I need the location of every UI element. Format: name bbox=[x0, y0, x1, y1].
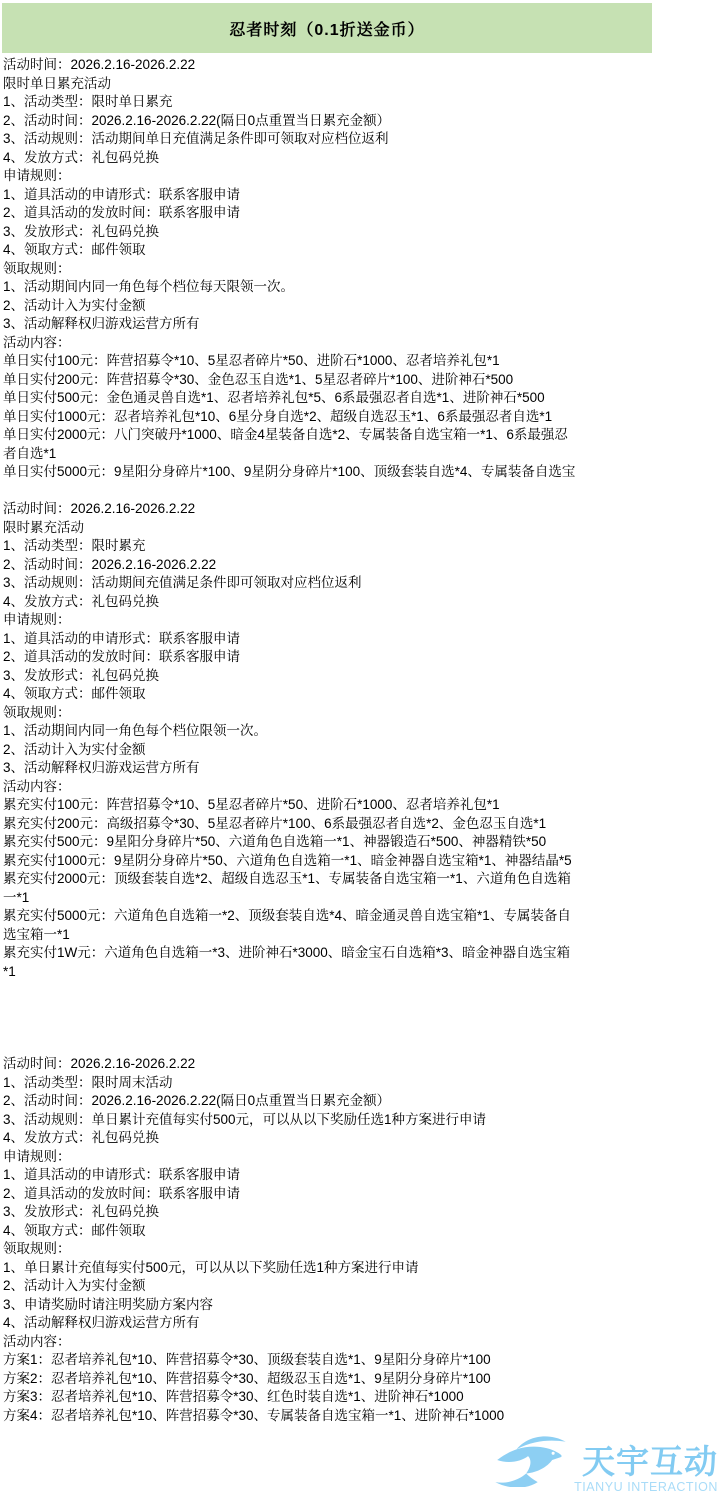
text-line: 申请规则： bbox=[3, 1148, 721, 1167]
text-line: 2、活动时间：2026.2.16-2026.2.22 bbox=[3, 556, 721, 575]
section-cumulative-recharge: 活动时间：2026.2.16-2026.2.22限时累充活动1、活动类型：限时累… bbox=[3, 500, 721, 981]
text-line: 3、活动解释权归游戏运营方所有 bbox=[3, 315, 721, 334]
text-line: 活动时间：2026.2.16-2026.2.22 bbox=[3, 56, 721, 75]
text-line: 单日实付500元：金色通灵兽自选*1、忍者培养礼包*5、6系最强忍者自选*1、进… bbox=[3, 389, 721, 408]
text-line: 单日实付100元：阵营招募令*10、5星忍者碎片*50、进阶石*1000、忍者培… bbox=[3, 352, 721, 371]
brand-text: 天宇互动 TIANYU INTERACTION bbox=[574, 1445, 718, 1494]
text-line: 1、道具活动的申请形式：联系客服申请 bbox=[3, 630, 721, 649]
text-line: 3、发放形式：礼包码兑换 bbox=[3, 1203, 721, 1222]
text-line: 单日实付2000元：八门突破丹*1000、暗金4星装备自选*2、专属装备自选宝箱… bbox=[3, 426, 721, 445]
text-line: 累充实付1000元：9星阴分身碎片*50、六道角色自选箱一*1、暗金神器自选宝箱… bbox=[3, 852, 721, 871]
text-line: 4、发放方式：礼包码兑换 bbox=[3, 149, 721, 168]
text-line: 3、活动规则：单日累计充值每实付500元，可以从以下奖励任选1种方案进行申请 bbox=[3, 1111, 721, 1130]
text-line: 活动内容： bbox=[3, 778, 721, 797]
text-line: 单日实付200元：阵营招募令*30、金色忍玉自选*1、5星忍者碎片*100、进阶… bbox=[3, 371, 721, 390]
text-line: 领取规则： bbox=[3, 260, 721, 279]
text-line: 3、活动规则：活动期间充值满足条件即可领取对应档位返利 bbox=[3, 574, 721, 593]
text-line: 3、申请奖励时请注明奖励方案内容 bbox=[3, 1296, 721, 1315]
text-line: 1、活动类型：限时周末活动 bbox=[3, 1074, 721, 1093]
text-line: 1、活动类型：限时累充 bbox=[3, 537, 721, 556]
text-line: 4、领取方式：邮件领取 bbox=[3, 1222, 721, 1241]
text-line: 方案1：忍者培养礼包*10、阵营招募令*30、顶级套装自选*1、9星阳分身碎片*… bbox=[3, 1351, 721, 1370]
text-line: 申请规则： bbox=[3, 611, 721, 630]
text-line: 活动内容： bbox=[3, 334, 721, 353]
text-line: 累充实付1W元：六道角色自选箱一*3、进阶神石*3000、暗金宝石自选箱*3、暗… bbox=[3, 944, 721, 963]
text-line: 1、道具活动的申请形式：联系客服申请 bbox=[3, 186, 721, 205]
text-line: 领取规则： bbox=[3, 1240, 721, 1259]
bird-logo-icon bbox=[492, 1433, 568, 1492]
text-line: 累充实付100元：阵营招募令*10、5星忍者碎片*50、进阶石*1000、忍者培… bbox=[3, 796, 721, 815]
text-line: 2、活动计入为实付金额 bbox=[3, 297, 721, 316]
text-line: 3、活动解释权归游戏运营方所有 bbox=[3, 759, 721, 778]
text-line: 3、发放形式：礼包码兑换 bbox=[3, 667, 721, 686]
text-line: 4、发放方式：礼包码兑换 bbox=[3, 593, 721, 612]
text-line: 累充实付500元：9星阳分身碎片*50、六道角色自选箱一*1、神器锻造石*500… bbox=[3, 833, 721, 852]
text-line: 3、发放形式：礼包码兑换 bbox=[3, 223, 721, 242]
text-line: 2、活动时间：2026.2.16-2026.2.22(隔日0点重置当日累充金额） bbox=[3, 112, 721, 131]
text-line: 者自选*1 bbox=[3, 445, 721, 464]
text-line: 4、领取方式：邮件领取 bbox=[3, 241, 721, 260]
text-line: 4、发放方式：礼包码兑换 bbox=[3, 1129, 721, 1148]
text-line: 累充实付5000元：六道角色自选箱一*2、顶级套装自选*4、暗金通灵兽自选宝箱*… bbox=[3, 907, 721, 926]
text-line: 限时累充活动 bbox=[3, 519, 721, 538]
text-line: 3、活动规则：活动期间单日充值满足条件即可领取对应档位返利 bbox=[3, 130, 721, 149]
text-line: 1、活动期间内同一角色每个档位限领一次。 bbox=[3, 722, 721, 741]
text-line: 方案3：忍者培养礼包*10、阵营招募令*30、红色时装自选*1、进阶神石*100… bbox=[3, 1388, 721, 1407]
text-line: 累充实付2000元：顶级套装自选*2、超级自选忍玉*1、专属装备自选宝箱一*1、… bbox=[3, 870, 721, 889]
text-line: 限时单日累充活动 bbox=[3, 75, 721, 94]
text-line: 申请规则： bbox=[3, 167, 721, 186]
text-line: 4、领取方式：邮件领取 bbox=[3, 685, 721, 704]
text-line: 1、单日累计充值每实付500元，可以从以下奖励任选1种方案进行申请 bbox=[3, 1259, 721, 1278]
text-line: 单日实付1000元：忍者培养礼包*10、6星分身自选*2、超级自选忍玉*1、6系… bbox=[3, 408, 721, 427]
brand-name-en: TIANYU INTERACTION bbox=[574, 1480, 718, 1494]
text-line: 2、道具活动的发放时间：联系客服申请 bbox=[3, 648, 721, 667]
brand-logo: 天宇互动 TIANYU INTERACTION bbox=[492, 1433, 718, 1494]
text-line: 方案4：忍者培养礼包*10、阵营招募令*30、专属装备自选宝箱一*1、进阶神石*… bbox=[3, 1407, 721, 1426]
text-line: 累充实付200元：高级招募令*30、5星忍者碎片*100、6系最强忍者自选*2、… bbox=[3, 815, 721, 834]
text-line: 2、活动计入为实付金额 bbox=[3, 741, 721, 760]
text-line: 2、活动时间：2026.2.16-2026.2.22(隔日0点重置当日累充金额） bbox=[3, 1092, 721, 1111]
text-line: 活动内容： bbox=[3, 1333, 721, 1352]
section-single-day-recharge: 活动时间：2026.2.16-2026.2.22限时单日累充活动1、活动类型：限… bbox=[3, 56, 721, 482]
text-line: 4、活动解释权归游戏运营方所有 bbox=[3, 1314, 721, 1333]
section-weekend-activity: 活动时间：2026.2.16-2026.2.221、活动类型：限时周末活动2、活… bbox=[3, 1055, 721, 1425]
text-line: 选宝箱一*1 bbox=[3, 926, 721, 945]
activity-notice-body: 活动时间：2026.2.16-2026.2.22限时单日累充活动1、活动类型：限… bbox=[0, 53, 721, 1425]
page-title: 忍者时刻（0.1折送金币） bbox=[2, 3, 652, 53]
text-line: 2、道具活动的发放时间：联系客服申请 bbox=[3, 1185, 721, 1204]
text-line: 活动时间：2026.2.16-2026.2.22 bbox=[3, 1055, 721, 1074]
text-line: 一*1 bbox=[3, 889, 721, 908]
text-line: 领取规则： bbox=[3, 704, 721, 723]
text-line: 2、道具活动的发放时间：联系客服申请 bbox=[3, 204, 721, 223]
text-line: 方案2：忍者培养礼包*10、阵营招募令*30、超级忍玉自选*1、9星阴分身碎片*… bbox=[3, 1370, 721, 1389]
text-line: 1、活动类型：限时单日累充 bbox=[3, 93, 721, 112]
text-line: 2、活动计入为实付金额 bbox=[3, 1277, 721, 1296]
text-line: 1、活动期间内同一角色每个档位每天限领一次。 bbox=[3, 278, 721, 297]
brand-name-cn: 天宇互动 bbox=[582, 1445, 718, 1478]
text-line: 活动时间：2026.2.16-2026.2.22 bbox=[3, 500, 721, 519]
text-line: 单日实付5000元：9星阳分身碎片*100、9星阴分身碎片*100、顶级套装自选… bbox=[3, 463, 721, 482]
text-line: *1 bbox=[3, 963, 721, 982]
text-line: 1、道具活动的申请形式：联系客服申请 bbox=[3, 1166, 721, 1185]
